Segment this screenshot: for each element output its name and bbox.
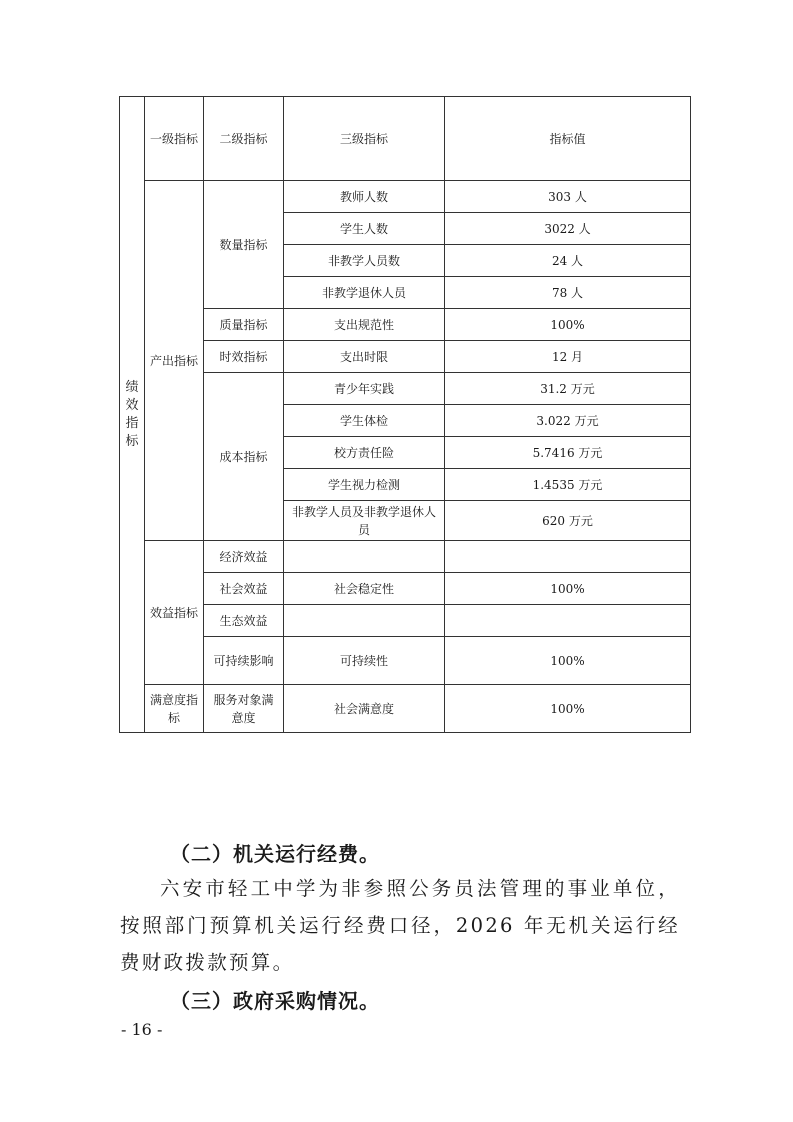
value-cell: 1.4535 万元 [445,469,691,501]
value-cell: 3.022 万元 [445,405,691,437]
value-cell: 100% [445,309,691,341]
level3-cell [284,541,445,573]
value-cell: 78 人 [445,277,691,309]
value-cell: 12 月 [445,341,691,373]
level3-cell: 社会满意度 [284,685,445,733]
level1-benefit: 效益指标 [145,541,204,685]
level3-cell [284,605,445,637]
level1-satisfaction: 满意度指标 [145,685,204,733]
table-row: 生态效益 [120,605,691,637]
section-heading-procurement: （三）政府采购情况。 [170,985,380,1014]
level3-cell: 学生体检 [284,405,445,437]
header-level1: 一级指标 [145,97,204,181]
level2-social: 社会效益 [204,573,284,605]
level3-cell: 校方责任险 [284,437,445,469]
value-cell [445,541,691,573]
level3-cell: 支出时限 [284,341,445,373]
level2-ecological: 生态效益 [204,605,284,637]
table-row: 时效指标 支出时限 12 月 [120,341,691,373]
value-cell: 620 万元 [445,501,691,541]
level2-cost: 成本指标 [204,373,284,541]
table-row: 成本指标 青少年实践 31.2 万元 [120,373,691,405]
value-cell: 31.2 万元 [445,373,691,405]
value-cell: 3022 人 [445,213,691,245]
value-cell: 100% [445,685,691,733]
header-level3: 三级指标 [284,97,445,181]
level2-service-satisfaction: 服务对象满意度 [204,685,284,733]
table-row: 产出指标 数量指标 教师人数 303 人 [120,181,691,213]
level2-sustainable: 可持续影响 [204,637,284,685]
value-cell: 100% [445,573,691,605]
level3-cell: 可持续性 [284,637,445,685]
level3-cell: 青少年实践 [284,373,445,405]
level3-cell: 教师人数 [284,181,445,213]
header-level2: 二级指标 [204,97,284,181]
level1-output: 产出指标 [145,181,204,541]
table-row: 效益指标 经济效益 [120,541,691,573]
table-row: 满意度指标 服务对象满意度 社会满意度 100% [120,685,691,733]
table-row: 可持续影响 可持续性 100% [120,637,691,685]
level3-cell: 学生人数 [284,213,445,245]
level3-cell: 非教学人员数 [284,245,445,277]
level3-cell: 非教学人员及非教学退休人员 [284,501,445,541]
level2-economic: 经济效益 [204,541,284,573]
level3-cell: 学生视力检测 [284,469,445,501]
level2-quality: 质量指标 [204,309,284,341]
performance-indicator-table: 绩效指标 一级指标 二级指标 三级指标 指标值 产出指标 数量指标 教师人数 3… [119,96,691,733]
page-number: - 16 - [121,1020,162,1039]
section-heading-operating-costs: （二）机关运行经费。 [170,838,380,867]
value-cell [445,605,691,637]
value-cell: 100% [445,637,691,685]
level3-cell: 非教学退休人员 [284,277,445,309]
level2-timeliness: 时效指标 [204,341,284,373]
level0-label: 绩效指标 [120,97,145,733]
header-value: 指标值 [445,97,691,181]
value-cell: 24 人 [445,245,691,277]
operating-costs-paragraph: 六安市轻工中学为非参照公务员法管理的事业单位，按照部门预算机关运行经费口径，20… [120,870,680,981]
level3-cell: 支出规范性 [284,309,445,341]
value-cell: 5.7416 万元 [445,437,691,469]
level3-cell: 社会稳定性 [284,573,445,605]
value-cell: 303 人 [445,181,691,213]
level2-quantity: 数量指标 [204,181,284,309]
table-row: 质量指标 支出规范性 100% [120,309,691,341]
table-row: 社会效益 社会稳定性 100% [120,573,691,605]
